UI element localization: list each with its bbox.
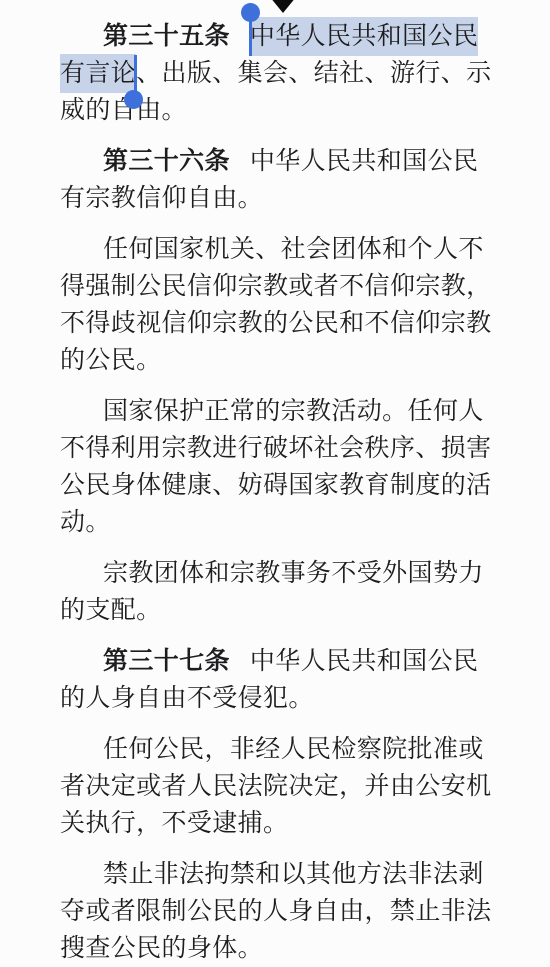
body-text: 夺或者限制公民的人身自由，禁止非法 bbox=[60, 897, 491, 925]
body-text: 、出版、集会、结社、游行、示 bbox=[136, 59, 491, 87]
text-line: 得强制公民信仰宗教或者不信仰宗教， bbox=[60, 268, 490, 305]
text-line: 有言论、出版、集会、结社、游行、示 bbox=[60, 55, 490, 92]
text-line: 不得利用宗教进行破坏社会秩序、损害 bbox=[60, 430, 490, 467]
text-line: 的支配。 bbox=[60, 592, 490, 629]
body-text: 中华人民共和国公民 bbox=[250, 147, 478, 175]
body-text: 有宗教信仰自由。 bbox=[60, 184, 263, 212]
text-line: 第三十六条中华人民共和国公民 bbox=[60, 143, 490, 180]
selected-text: 中华人民共和国公民 bbox=[250, 17, 478, 56]
body-text: 者决定或者人民法院决定，并由公安机 bbox=[60, 772, 491, 800]
text-line: 国家保护正常的宗教活动。任何人 bbox=[60, 393, 490, 430]
selection-menu-pointer-icon bbox=[265, 0, 301, 13]
body-text: 宗教团体和宗教事务不受外国势力 bbox=[103, 559, 484, 587]
paragraph: 宗教团体和宗教事务不受外国势力的支配。 bbox=[60, 555, 490, 629]
text-line: 者决定或者人民法院决定，并由公安机 bbox=[60, 768, 490, 805]
paragraph: 国家保护正常的宗教活动。任何人不得利用宗教进行破坏社会秩序、损害公民身体健康、妨… bbox=[60, 393, 490, 541]
selection-end-handle-stem[interactable] bbox=[134, 55, 137, 92]
text-line: 第三十五条中华人民共和国公民 bbox=[60, 18, 490, 55]
paragraph: 任何国家机关、社会团体和个人不得强制公民信仰宗教或者不信仰宗教，不得歧视信仰宗教… bbox=[60, 231, 490, 379]
text-line: 任何公民，非经人民检察院批准或 bbox=[60, 731, 490, 768]
text-line: 禁止非法拘禁和以其他方法非法剥 bbox=[60, 856, 490, 893]
text-line: 宗教团体和宗教事务不受外国势力 bbox=[60, 555, 490, 592]
text-line: 有宗教信仰自由。 bbox=[60, 180, 490, 217]
text-line: 公民身体健康、妨碍国家教育制度的活 bbox=[60, 467, 490, 504]
selection-end-handle[interactable] bbox=[124, 90, 143, 109]
paragraph: 任何公民，非经人民检察院批准或者决定或者人民法院决定，并由公安机关执行，不受逮捕… bbox=[60, 731, 490, 842]
text-line: 任何国家机关、社会团体和个人不 bbox=[60, 231, 490, 268]
text-line: 的公民。 bbox=[60, 342, 490, 379]
text-line: 动。 bbox=[60, 504, 490, 541]
body-text: 禁止非法拘禁和以其他方法非法剥 bbox=[103, 860, 484, 888]
paragraph: 第三十六条中华人民共和国公民有宗教信仰自由。 bbox=[60, 143, 490, 217]
text-line: 搜查公民的身体。 bbox=[60, 930, 490, 967]
body-text: 的支配。 bbox=[60, 596, 162, 624]
text-line: 关执行，不受逮捕。 bbox=[60, 805, 490, 842]
paragraph: 禁止非法拘禁和以其他方法非法剥夺或者限制公民的人身自由，禁止非法搜查公民的身体。 bbox=[60, 856, 490, 967]
paragraph: 第三十七条中华人民共和国公民的人身自由不受侵犯。 bbox=[60, 643, 490, 717]
paragraph: 第三十五条中华人民共和国公民有言论、出版、集会、结社、游行、示威的自由。 bbox=[60, 18, 490, 129]
body-text: 国家保护正常的宗教活动。任何人 bbox=[103, 397, 484, 425]
body-text: 搜查公民的身体。 bbox=[60, 934, 263, 962]
body-text: 公民身体健康、妨碍国家教育制度的活 bbox=[60, 471, 491, 499]
body-text: 得强制公民信仰宗教或者不信仰宗教， bbox=[60, 272, 491, 300]
text-line: 夺或者限制公民的人身自由，禁止非法 bbox=[60, 893, 490, 930]
body-text: 任何国家机关、社会团体和个人不 bbox=[103, 235, 484, 263]
article-number: 第三十六条 bbox=[103, 147, 230, 175]
body-text: 的公民。 bbox=[60, 346, 162, 374]
article-number: 第三十五条 bbox=[103, 22, 230, 50]
body-text: 关执行，不受逮捕。 bbox=[60, 809, 288, 837]
text-line: 的人身自由不受侵犯。 bbox=[60, 680, 490, 717]
body-text: 不得歧视信仰宗教的公民和不信仰宗教 bbox=[60, 309, 491, 337]
body-text: 任何公民，非经人民检察院批准或 bbox=[103, 735, 484, 763]
selected-text: 有言论 bbox=[60, 54, 136, 93]
body-text: 的人身自由不受侵犯。 bbox=[60, 684, 314, 712]
document-body: 第三十五条中华人民共和国公民有言论、出版、集会、结社、游行、示威的自由。第三十六… bbox=[0, 0, 550, 967]
text-line: 第三十七条中华人民共和国公民 bbox=[60, 643, 490, 680]
body-text: 动。 bbox=[60, 508, 111, 536]
article-number: 第三十七条 bbox=[103, 647, 230, 675]
body-text: 中华人民共和国公民 bbox=[250, 647, 478, 675]
body-text: 不得利用宗教进行破坏社会秩序、损害 bbox=[60, 434, 491, 462]
text-line: 不得歧视信仰宗教的公民和不信仰宗教 bbox=[60, 305, 490, 342]
selection-start-handle-stem[interactable] bbox=[249, 18, 252, 56]
